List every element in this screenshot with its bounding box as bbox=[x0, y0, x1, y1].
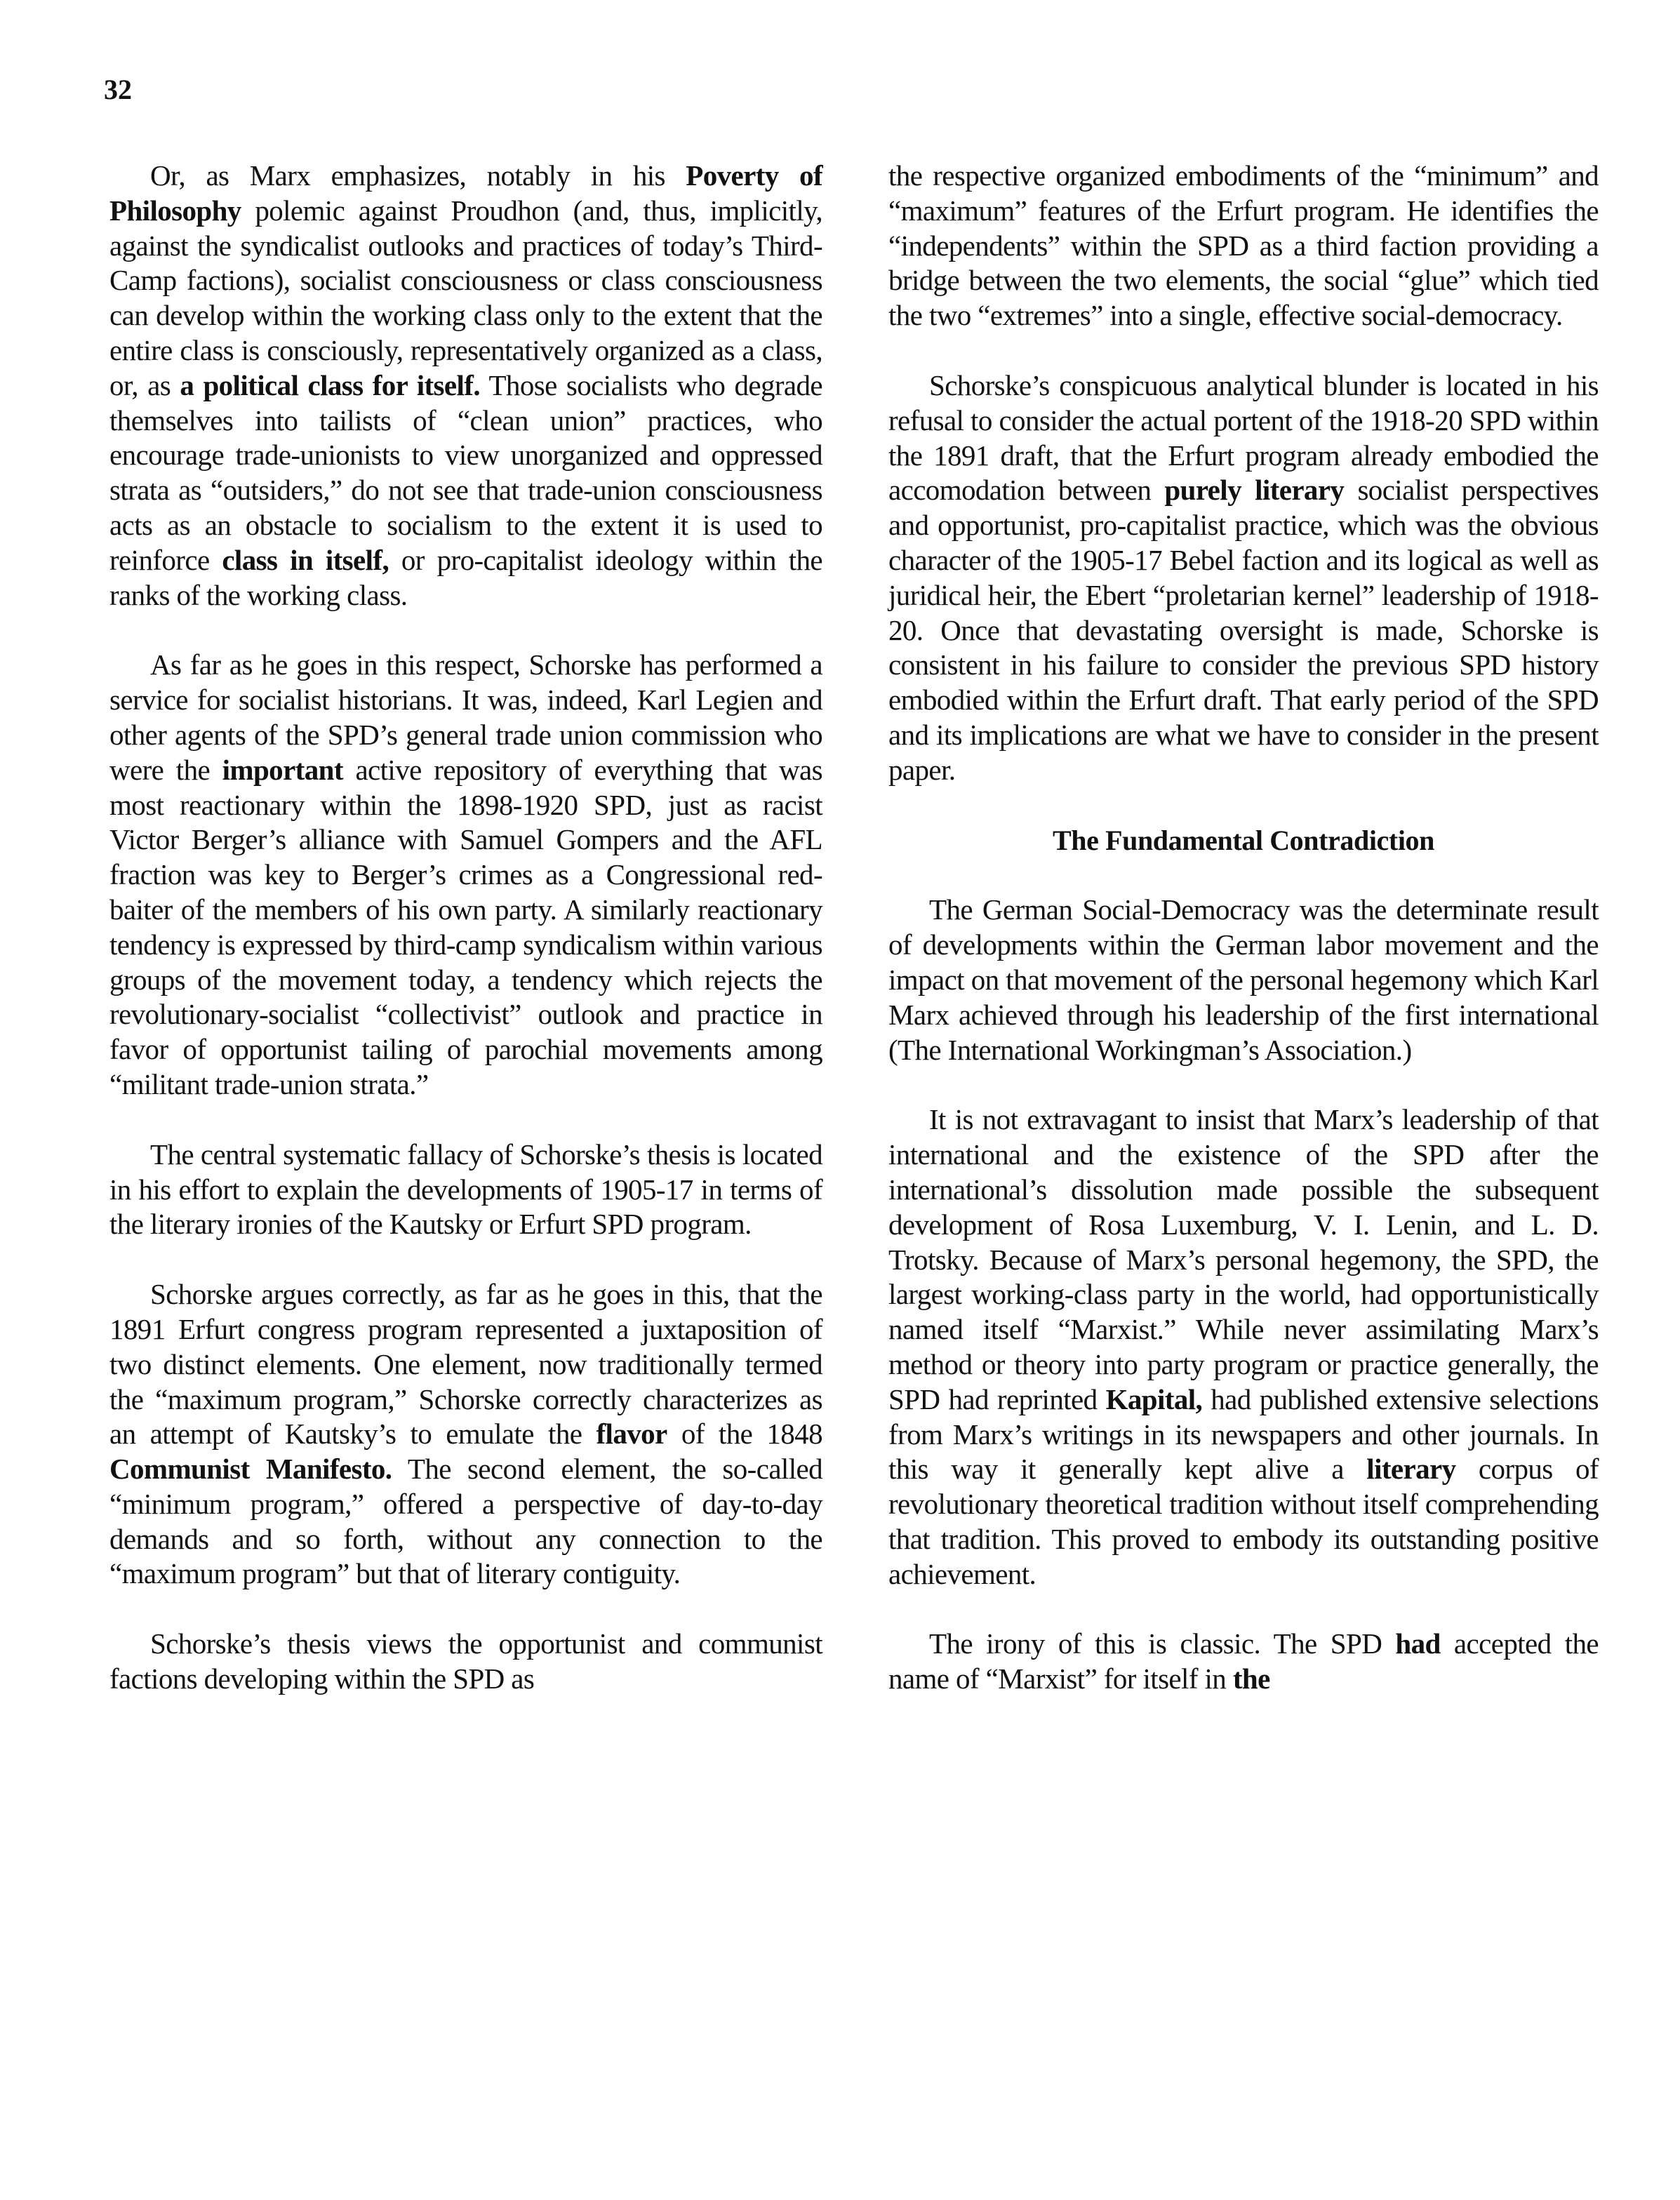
paragraph: The irony of this is classic. The SPD ha… bbox=[888, 1627, 1599, 1697]
page-number: 32 bbox=[104, 73, 132, 106]
bold-text-run: important bbox=[222, 754, 343, 786]
bold-text-run: Kapital, bbox=[1106, 1383, 1203, 1415]
text-run: The irony of this is classic. The SPD bbox=[929, 1627, 1395, 1660]
paragraph: Schorske argues correctly, as far as he … bbox=[109, 1277, 822, 1592]
paragraph: the respective organized embodiments of … bbox=[888, 159, 1599, 333]
paragraph: The German Social-Democracy was the dete… bbox=[888, 893, 1599, 1067]
bold-text-run: literary bbox=[1366, 1453, 1455, 1485]
text-run: active repository of everything that was… bbox=[109, 754, 822, 1100]
bold-text-run: had bbox=[1395, 1627, 1440, 1660]
bold-text-run: Communist Manifesto. bbox=[109, 1453, 392, 1485]
paragraph: The central systematic fallacy of Schors… bbox=[109, 1138, 822, 1242]
bold-text-run: class in itself, bbox=[222, 544, 389, 576]
bold-text-run: the bbox=[1233, 1662, 1270, 1695]
paragraph: It is not extravagant to insist that Mar… bbox=[888, 1102, 1599, 1592]
bold-text-run: a political class for itself. bbox=[180, 369, 480, 401]
paragraph: Schorske’s thesis views the opportunist … bbox=[109, 1627, 822, 1697]
text-run: the respective organized embodiments of … bbox=[888, 159, 1599, 331]
bold-text-run: flavor bbox=[596, 1418, 667, 1450]
left-column: Or, as Marx emphasizes, notably in his P… bbox=[109, 159, 822, 1732]
text-run: Or, as Marx emphasizes, notably in his bbox=[150, 159, 686, 192]
section-heading: The Fundamental Contradiction bbox=[888, 823, 1599, 858]
text-run: of the 1848 bbox=[667, 1418, 822, 1450]
text-run: socialist perspectives and opportunist, … bbox=[888, 474, 1599, 785]
paragraph: Or, as Marx emphasizes, notably in his P… bbox=[109, 159, 822, 613]
scan-artifact bbox=[0, 0, 6, 4]
text-run: Schorske’s thesis views the opportunist … bbox=[109, 1627, 822, 1695]
text-run: The central systematic fallacy of Schors… bbox=[109, 1138, 822, 1241]
paragraph: Schorske’s conspicuous analytical blunde… bbox=[888, 368, 1599, 788]
paragraph: As far as he goes in this respect, Schor… bbox=[109, 648, 822, 1102]
text-run: The German Social-Democracy was the dete… bbox=[888, 893, 1599, 1065]
right-column: the respective organized embodiments of … bbox=[888, 159, 1599, 1732]
text-run: It is not extravagant to insist that Mar… bbox=[888, 1103, 1599, 1415]
bold-text-run: purely literary bbox=[1164, 474, 1344, 506]
